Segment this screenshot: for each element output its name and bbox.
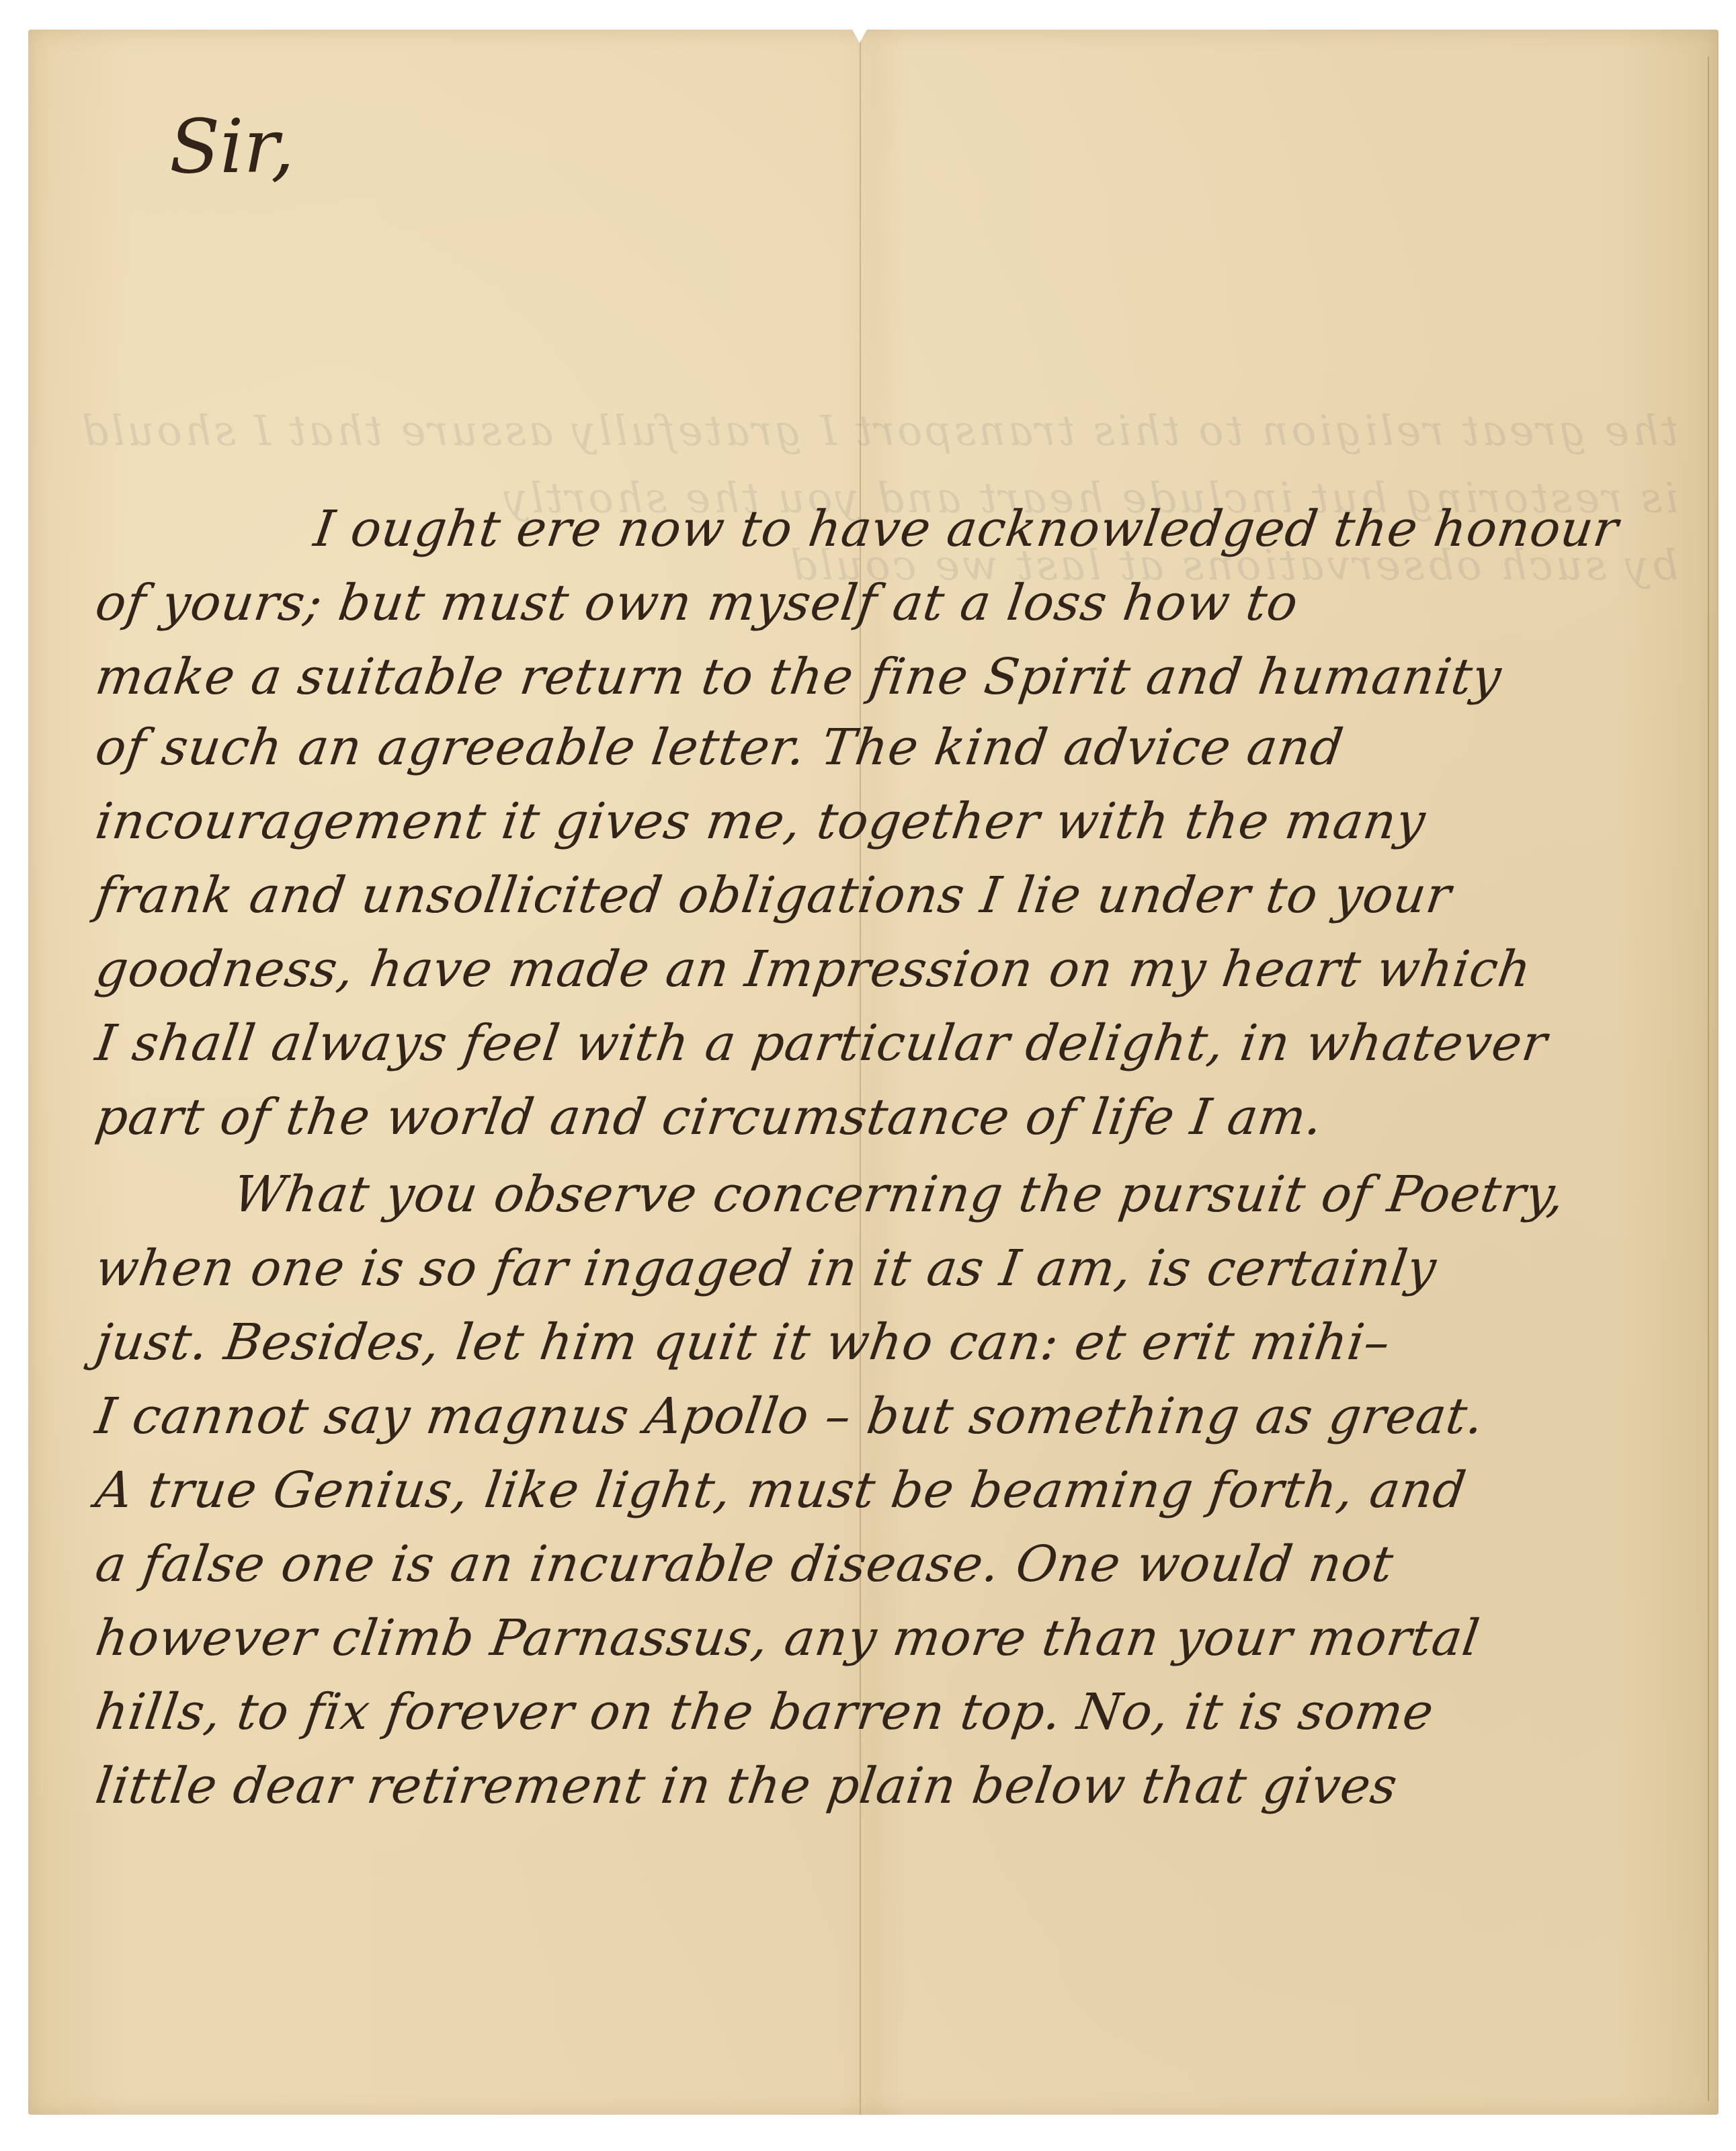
letter-line: incouragement it gives me, together with… [92,793,1430,850]
letter-line: I shall always feel with a particular de… [92,1014,1551,1072]
letter-line: a false one is an incurable disease. One… [92,1535,1397,1593]
letter-line: frank and unsollicited obligations I lie… [92,866,1455,924]
top-fold-notch [852,28,868,43]
letter-line: just. Besides, let him quit it who can: … [92,1313,1394,1371]
letter-line: I cannot say magnus Apollo – but somethi… [92,1387,1488,1445]
letter-line: of yours; but must own myself at a loss … [92,574,1302,632]
salutation: Sir, [169,104,294,190]
letter-line: part of the world and circumstance of li… [92,1088,1327,1146]
letter-line: A true Genius, like light, must be beami… [92,1461,1470,1519]
letter-line: What you observe concerning the pursuit … [230,1166,1569,1223]
letter-line: when one is so far ingaged in it as I am… [92,1240,1440,1297]
letter-line: little dear retirement in the plain belo… [92,1757,1401,1815]
letter-line: make a suitable return to the fine Spiri… [92,648,1505,706]
letter-line: goodness, have made an Impression on my … [92,940,1535,998]
bleed-through-text: the great religion to this transport I g… [69,406,1678,455]
letter-line: of such an agreeable letter. The kind ad… [92,719,1347,776]
letter-line: however climb Parnassus, any more than y… [92,1609,1483,1667]
letter-line: I ought ere now to have acknowledged the… [311,500,1622,558]
right-edge-crease [1708,56,1709,2101]
letter-line: hills, to fix forever on the barren top.… [92,1683,1438,1741]
letter-page: the great religion to this transport I g… [28,30,1719,2115]
